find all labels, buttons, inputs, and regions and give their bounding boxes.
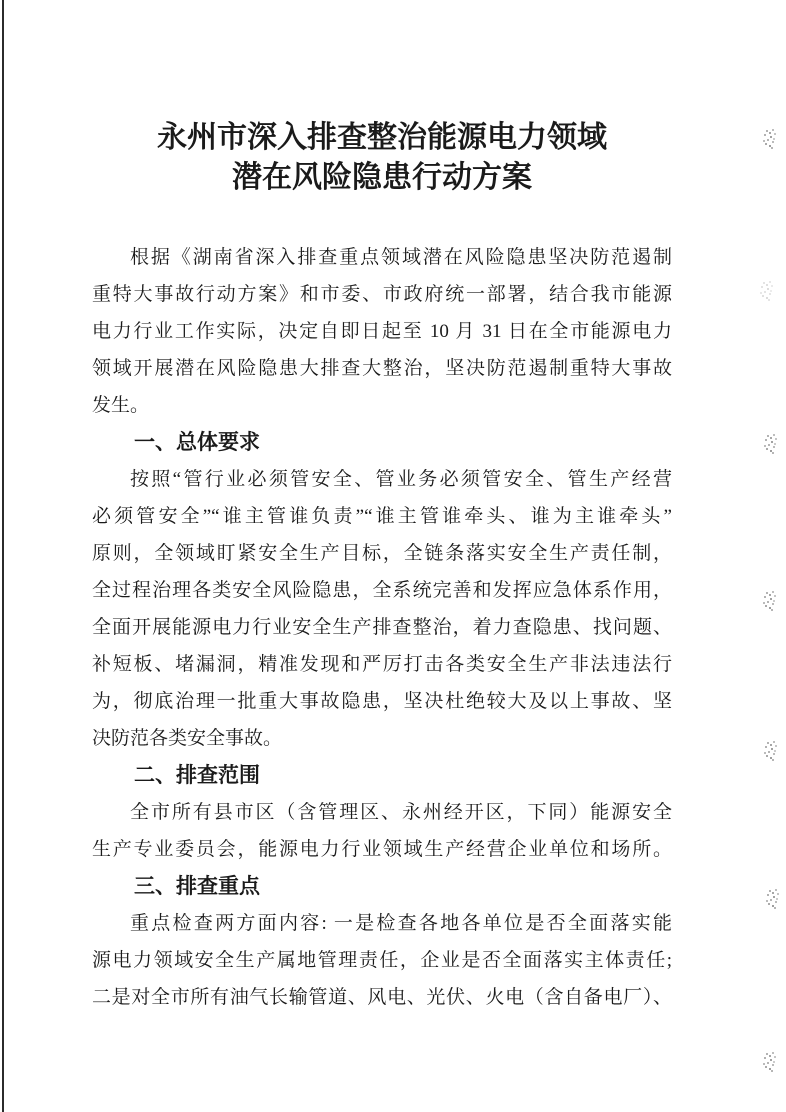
scan-speckle: [766, 1053, 768, 1055]
scan-speckle: [766, 130, 768, 132]
document-text: 根据《湖南省深入排查重点领域潜在风险隐患坚决防范遏制 重特大事故行动方案》和市委…: [92, 239, 672, 1016]
body-line: 补短板、堵漏洞，精准发现和严厉打击各类安全生产非法违法行: [92, 646, 672, 683]
scan-edge-line: [2, 0, 4, 1112]
scan-speckle: [766, 592, 768, 594]
body-line: 生产专业委员会，能源电力行业领域生产经营企业单位和场所。: [92, 831, 672, 868]
body-line: 按照“管行业必须管安全、管业务必须管安全、管生产经营: [92, 461, 672, 498]
body-line: 必须管安全”“谁主管谁负责”“谁主管谁牵头、谁为主谁牵头”: [92, 498, 672, 535]
document-body: 永州市深入排查整治能源电力领域 潜在风险隐患行动方案 根据《湖南省深入排查重点领…: [92, 118, 672, 1016]
document-title-line-1: 永州市深入排查整治能源电力领域: [92, 118, 672, 158]
body-line: 决防范各类安全事故。: [92, 720, 672, 757]
scanned-document-page: { "page_title": "永州市深入排查整治能源电力领域潜在风险隐患行动…: [0, 0, 786, 1112]
body-line: 根据《湖南省深入排查重点领域潜在风险隐患坚决防范遏制: [92, 239, 672, 276]
body-line: 全面开展能源电力行业安全生产排查整治，着力查隐患、找问题、: [92, 609, 672, 646]
body-line: 领域开展潜在风险隐患大排查大整治，坚决防范遏制重特大事故: [92, 350, 672, 387]
body-line: 重特大事故行动方案》和市委、市政府统一部署，结合我市能源: [92, 276, 672, 313]
scan-speckle: [763, 282, 765, 284]
body-line: 全市所有县市区（含管理区、永州经开区，下同）能源安全: [92, 794, 672, 831]
body-line: 电力行业工作实际，决定自即日起至 10 月 31 日在全市能源电力: [92, 313, 672, 350]
document-title-line-2: 潜在风险隐患行动方案: [92, 158, 672, 198]
scan-speckle: [769, 890, 771, 892]
body-line: 重点检查两方面内容: 一是检查各地各单位是否全面落实能: [92, 905, 672, 942]
scan-speckle: [767, 435, 769, 437]
body-line: 原则，全领域盯紧安全生产目标，全链条落实安全生产责任制，: [92, 535, 672, 572]
section-heading: 二、排查范围: [92, 757, 672, 794]
section-heading: 三、排查重点: [92, 868, 672, 905]
section-heading: 一、总体要求: [92, 424, 672, 461]
scan-speckle: [767, 742, 769, 744]
body-line: 发生。: [92, 387, 672, 424]
body-line: 源电力领域安全生产属地管理责任，企业是否全面落实主体责任;: [92, 942, 672, 979]
body-line: 为，彻底治理一批重大事故隐患，坚决杜绝较大及以上事故、坚: [92, 683, 672, 720]
body-line: 二是对全市所有油气长输管道、风电、光伏、火电（含自备电厂）、: [92, 979, 672, 1016]
body-line: 全过程治理各类安全风险隐患，全系统完善和发挥应急体系作用，: [92, 572, 672, 609]
